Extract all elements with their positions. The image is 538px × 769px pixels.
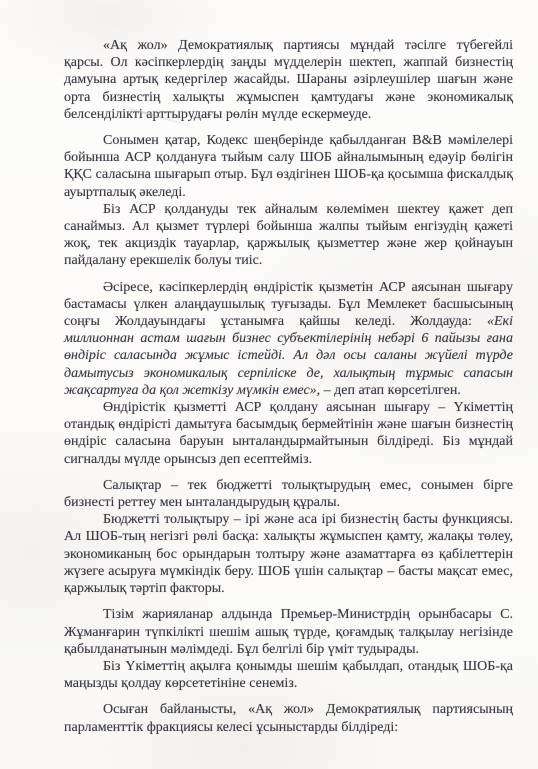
paragraph-proposals-intro: Осыған байланысты, «Ақ жол» Демократиялы… <box>64 701 513 735</box>
paragraph-production-concern-tail: , – деп атап көрсетілген. <box>317 383 461 398</box>
paragraph-bb-deals: Сонымен қатар, Кодекс шеңберінде қабылда… <box>64 132 513 201</box>
paragraph-taxes-as-tool: Салықтар – тек бюджетті толықтырудың еме… <box>64 477 513 511</box>
document-page: «Ақ жол» Демократиялық партиясы мұндай т… <box>0 0 538 769</box>
paragraph-production-concern: Әсіресе, кәсіпкерлердің өндірістік қызме… <box>64 279 513 399</box>
paragraph-hope-for-support: Біз Үкіметтің ақылға қонымды шешім қабыл… <box>64 658 513 692</box>
scanned-document-screenshot: { "document": { "colors": { "paper": "#f… <box>0 0 538 769</box>
paragraph-zhumangarin-statement: Тізім жарияланар алдында Премьер-Министр… <box>64 606 513 658</box>
paragraph-production-concern-lead: Әсіресе, кәсіпкерлердің өндірістік қызме… <box>64 280 513 329</box>
paragraph-asr-turnover-limit: Біз АСР қолдануды тек айналым көлемімен … <box>64 201 513 270</box>
paragraph-budget-role: Бюджетті толықтыру – ірі және аса ірі би… <box>64 511 513 597</box>
paragraph-government-signal: Өндірістік қызметті АСР қолдану аясынан … <box>64 399 513 468</box>
